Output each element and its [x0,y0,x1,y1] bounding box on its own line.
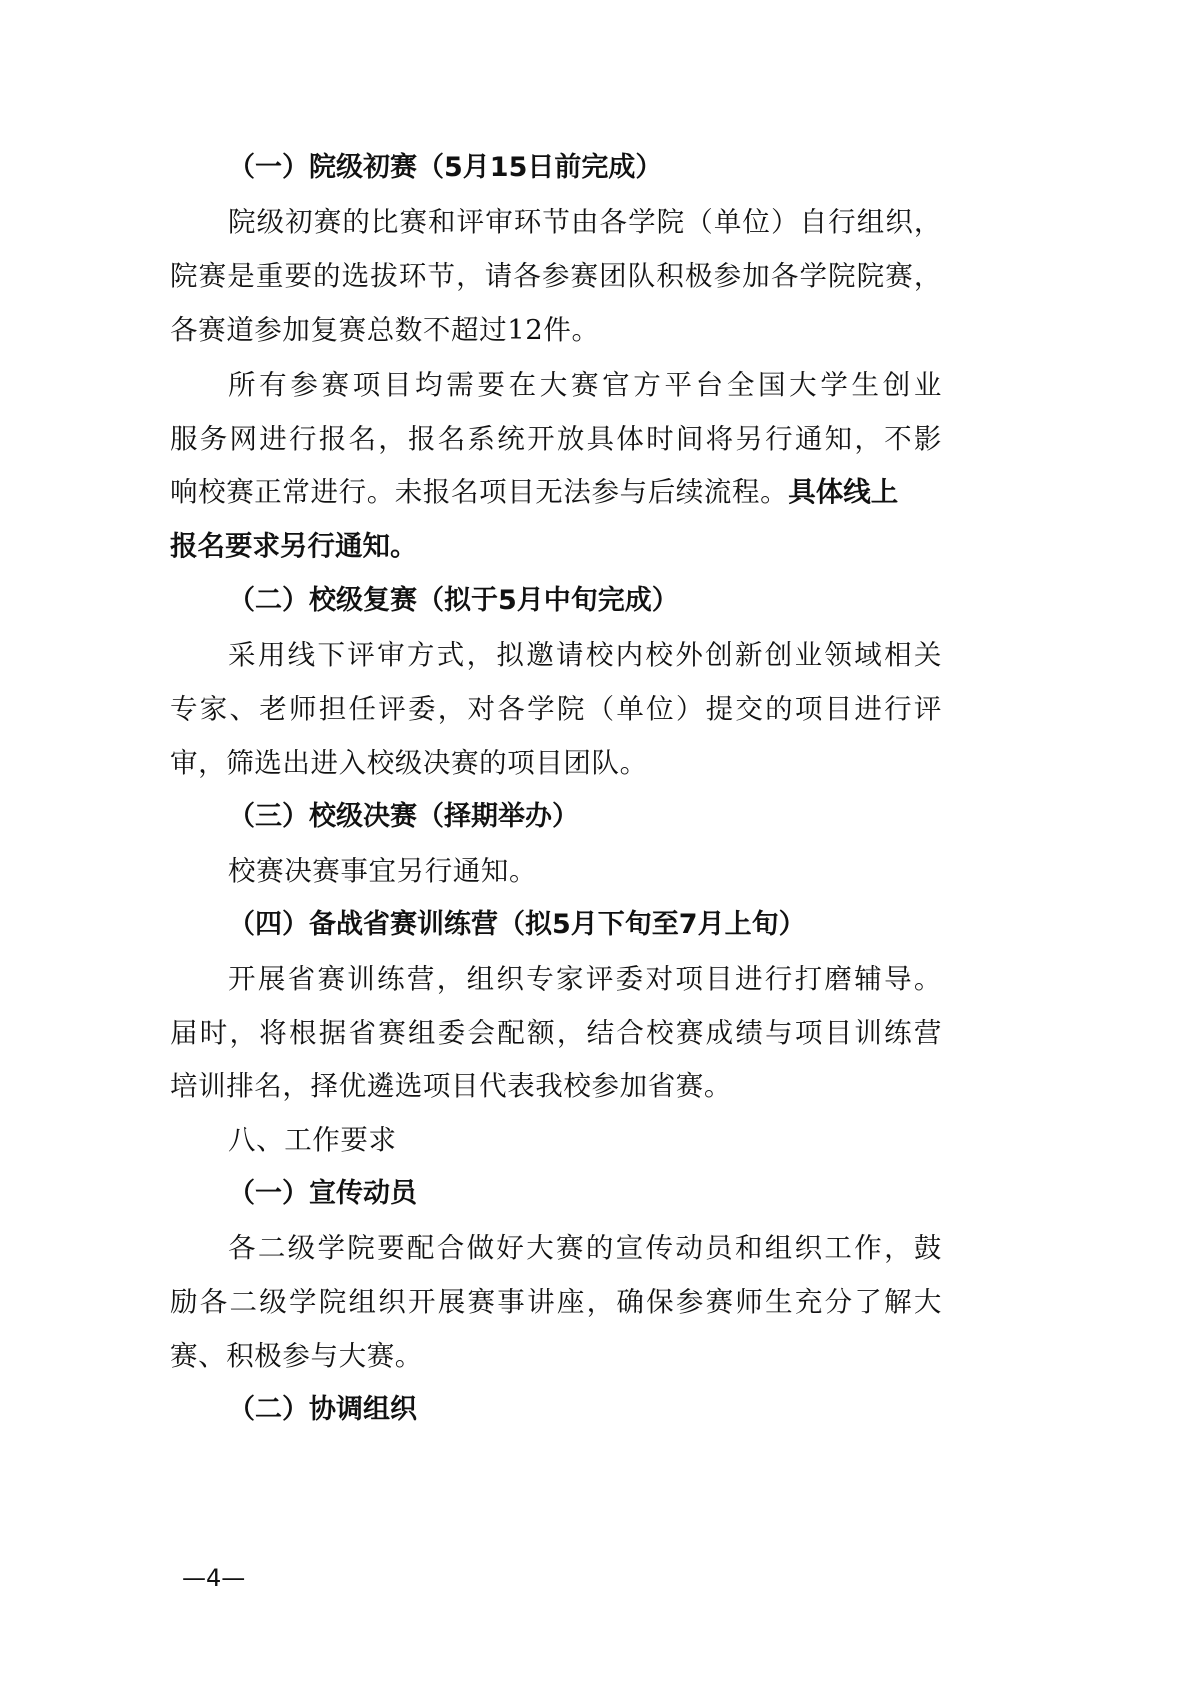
paragraph-line: 开展省赛训练营，组织专家评委对项目进行打磨辅导。 [228,959,942,999]
paragraph-line: 校赛决赛事宜另行通知。 [228,851,1018,891]
paragraph-line: 院级初赛的比赛和评审环节由各学院（单位）自行组织， [228,202,942,242]
paragraph-line: 培训排名，择优遴选项目代表我校参加省赛。 [170,1066,960,1106]
paragraph-line: 审，筛选出进入校级决赛的项目团队。 [170,743,960,783]
section-heading-training-camp: （四）备战省赛训练营（拟5月下旬至7月上旬） [228,905,1018,945]
paragraph-line: 所有参赛项目均需要在大赛官方平台全国大学生创业 [228,365,942,405]
document-page: （一）院级初赛（5月15日前完成） 院级初赛的比赛和评审环节由各学院（单位）自行… [0,0,1191,1684]
paragraph-line: 各赛道参加复赛总数不超过12件。 [170,310,960,350]
section-heading-coordination: （二）协调组织 [228,1390,1018,1430]
paragraph-line: 专家、老师担任评委，对各学院（单位）提交的项目进行评 [170,689,942,729]
paragraph-line: 服务网进行报名，报名系统开放具体时间将另行通知，不影 [170,419,942,459]
section-heading-semifinal: （二）校级复赛（拟于5月中旬完成） [228,581,1018,621]
paragraph-line: 届时，将根据省赛组委会配额，结合校赛成绩与项目训练营 [170,1013,942,1053]
section-heading-final: （三）校级决赛（择期举办） [228,797,1018,837]
section-heading-preliminary: （一）院级初赛（5月15日前完成） [228,148,1018,188]
chapter-title: 八、工作要求 [228,1120,1018,1160]
section-heading-publicity: （一）宣传动员 [228,1174,1018,1214]
paragraph-text: 响校赛正常进行。未报名项目无法参与后续流程。 [170,476,788,508]
paragraph-line: 响校赛正常进行。未报名项目无法参与后续流程。具体线上 [170,472,960,512]
paragraph-line: 励各二级学院组织开展赛事讲座，确保参赛师生充分了解大 [170,1282,942,1322]
page-number: —4— [182,1562,245,1594]
paragraph-line: 各二级学院要配合做好大赛的宣传动员和组织工作，鼓 [228,1228,942,1268]
paragraph-line: 院赛是重要的选拔环节，请各参赛团队积极参加各学院院赛， [170,256,942,296]
bold-emphasis-line: 报名要求另行通知。 [170,526,960,566]
paragraph-line: 赛、积极参与大赛。 [170,1336,960,1376]
bold-emphasis-text: 具体线上 [788,476,898,508]
paragraph-line: 采用线下评审方式，拟邀请校内校外创新创业领域相关 [228,635,942,675]
